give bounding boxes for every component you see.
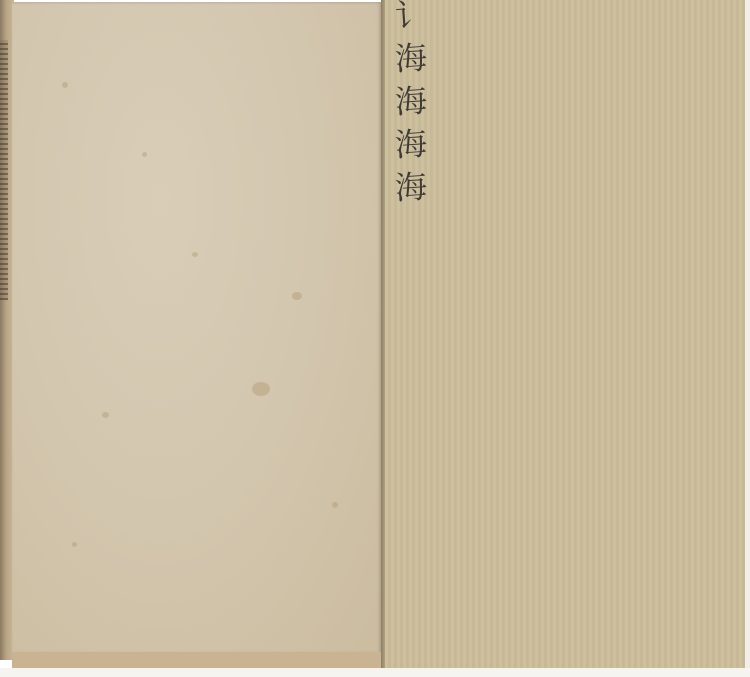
foxing-spot xyxy=(72,542,77,547)
foxing-spot xyxy=(62,82,68,88)
foxing-spot xyxy=(142,152,147,157)
scan-bottom-margin xyxy=(0,668,750,677)
left-page xyxy=(12,2,382,654)
right-margin xyxy=(745,0,750,677)
foxing-spot xyxy=(192,252,198,257)
foxing-spot xyxy=(292,292,302,300)
hand-char: 海 xyxy=(394,122,437,168)
book-spread: 讠 海 海 海 海 xyxy=(0,0,750,677)
right-page xyxy=(385,0,745,670)
foxing-spot xyxy=(332,502,338,508)
foxing-spot xyxy=(252,382,270,396)
hand-char: 讠 xyxy=(394,0,437,38)
foxing-spot xyxy=(102,412,109,418)
hand-char: 海 xyxy=(394,36,437,82)
hand-char: 海 xyxy=(394,165,437,211)
bleed-through-text xyxy=(312,12,382,192)
handwritten-annotation: 讠 海 海 海 海 xyxy=(395,0,435,209)
hand-char: 海 xyxy=(394,79,437,125)
